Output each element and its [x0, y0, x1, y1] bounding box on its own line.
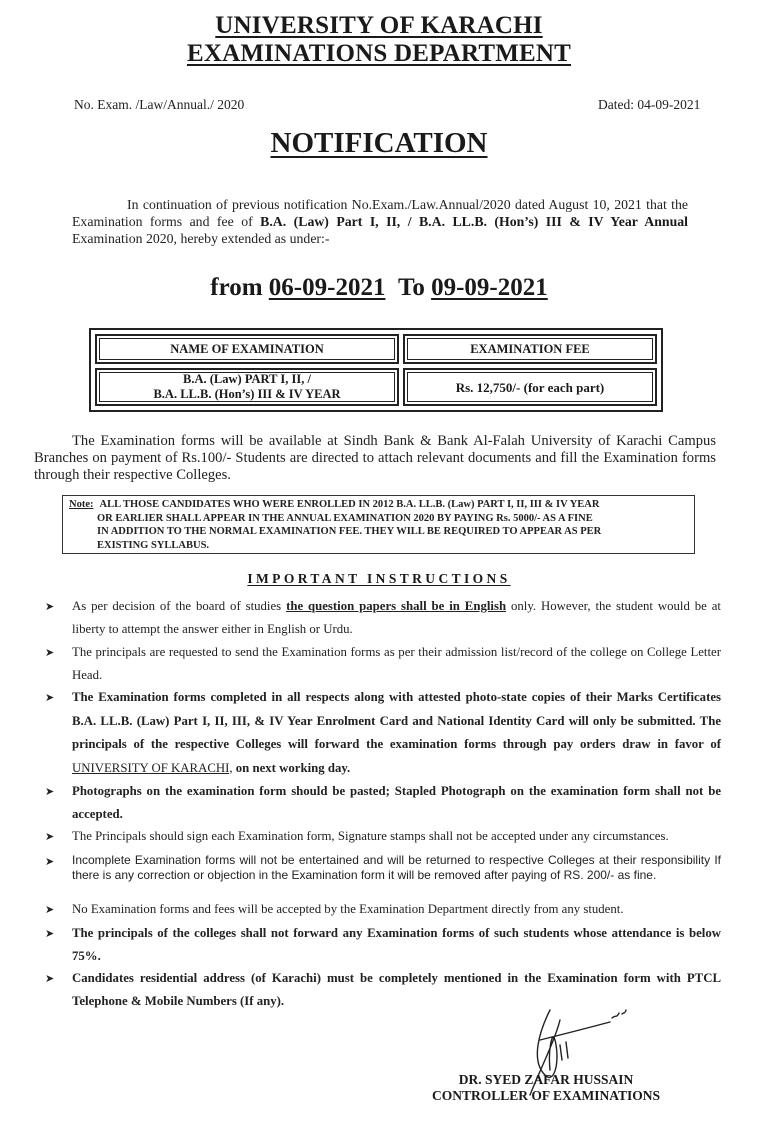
- note-box: Note:ALL THOSE CANDIDATES WHO WERE ENROL…: [62, 495, 695, 554]
- table-header-exam-fee: EXAMINATION FEE: [403, 334, 657, 364]
- arrowhead-bullet-icon: ➤: [45, 922, 54, 945]
- university-of-karachi-link-text: UNIVERSITY OF KARACHI,: [72, 761, 233, 775]
- note-line-4: EXISTING SYLLABUS.: [69, 539, 686, 553]
- fee-table: NAME OF EXAMINATION EXAMINATION FEE B.A.…: [89, 328, 663, 412]
- english-only-emphasis: the question papers shall be in English: [286, 599, 506, 613]
- signatory-block: DR. SYED ZAFAR HUSSAIN CONTROLLER OF EXA…: [432, 1072, 660, 1104]
- arrowhead-bullet-icon: ➤: [45, 850, 54, 873]
- intro-paragraph: In continuation of previous notification…: [72, 196, 688, 247]
- availability-paragraph: The Examination forms will be available …: [34, 433, 716, 484]
- exam-name-line-2: B.A. LL.B. (Hon’s) III & IV YEAR: [153, 387, 340, 401]
- instruction-item: ➤ The principals of the colleges shall n…: [45, 922, 721, 968]
- signatory-name: DR. SYED ZAFAR HUSSAIN: [432, 1072, 660, 1088]
- instruction-item: ➤ No Examination forms and fees will be …: [45, 898, 721, 921]
- to-label: To: [398, 274, 425, 301]
- table-cell-exam-fee: Rs. 12,750/- (for each part): [403, 368, 657, 406]
- arrowhead-bullet-icon: ➤: [45, 967, 54, 990]
- intro-text-end: Examination 2020, hereby extended as und…: [72, 231, 329, 246]
- instruction-item: ➤ As per decision of the board of studie…: [45, 595, 721, 641]
- extension-dates: from 06-09-2021 To 09-09-2021: [0, 274, 758, 302]
- instructions-title: IMPORTANT INSTRUCTIONS: [0, 571, 758, 587]
- from-date: 06-09-2021: [269, 274, 386, 301]
- instruction-item: ➤ The Examination forms completed in all…: [45, 686, 721, 780]
- instruction-item: ➤ The Principals should sign each Examin…: [45, 825, 721, 848]
- note-line-1: Note:ALL THOSE CANDIDATES WHO WERE ENROL…: [69, 498, 686, 512]
- from-label: from: [210, 274, 262, 301]
- arrowhead-bullet-icon: ➤: [45, 686, 54, 710]
- note-line-2: OR EARLIER SHALL APPEAR IN THE ANNUAL EX…: [69, 512, 686, 526]
- note-label: Note:: [69, 499, 94, 510]
- intro-exam-name: B.A. (Law) Part I, II, / B.A. LL.B. (Hon…: [260, 214, 688, 229]
- exam-name-line-1: B.A. (Law) PART I, II, /: [183, 372, 311, 386]
- arrowhead-bullet-icon: ➤: [45, 641, 54, 664]
- page-title: NOTIFICATION: [0, 127, 758, 160]
- notification-date: Dated: 04-09-2021: [598, 97, 700, 113]
- instruction-item: ➤ Incomplete Examination forms will not …: [45, 853, 721, 883]
- university-name: UNIVERSITY OF KARACHI: [0, 12, 758, 40]
- instruction-item: ➤ The principals are requested to send t…: [45, 641, 721, 687]
- arrowhead-bullet-icon: ➤: [45, 825, 54, 848]
- department-name: EXAMINATIONS DEPARTMENT: [0, 40, 758, 68]
- arrowhead-bullet-icon: ➤: [45, 780, 54, 803]
- arrowhead-bullet-icon: ➤: [45, 595, 54, 618]
- signatory-designation: CONTROLLER OF EXAMINATIONS: [432, 1088, 660, 1104]
- arrowhead-bullet-icon: ➤: [45, 898, 54, 921]
- table-cell-exam-name: B.A. (Law) PART I, II, / B.A. LL.B. (Hon…: [95, 368, 399, 406]
- to-date: 09-09-2021: [431, 274, 548, 301]
- instruction-item: ➤ Photographs on the examination form sh…: [45, 780, 721, 826]
- reference-number: No. Exam. /Law/Annual./ 2020: [74, 97, 244, 113]
- note-line-3: IN ADDITION TO THE NORMAL EXAMINATION FE…: [69, 525, 686, 539]
- table-header-exam-name: NAME OF EXAMINATION: [95, 334, 399, 364]
